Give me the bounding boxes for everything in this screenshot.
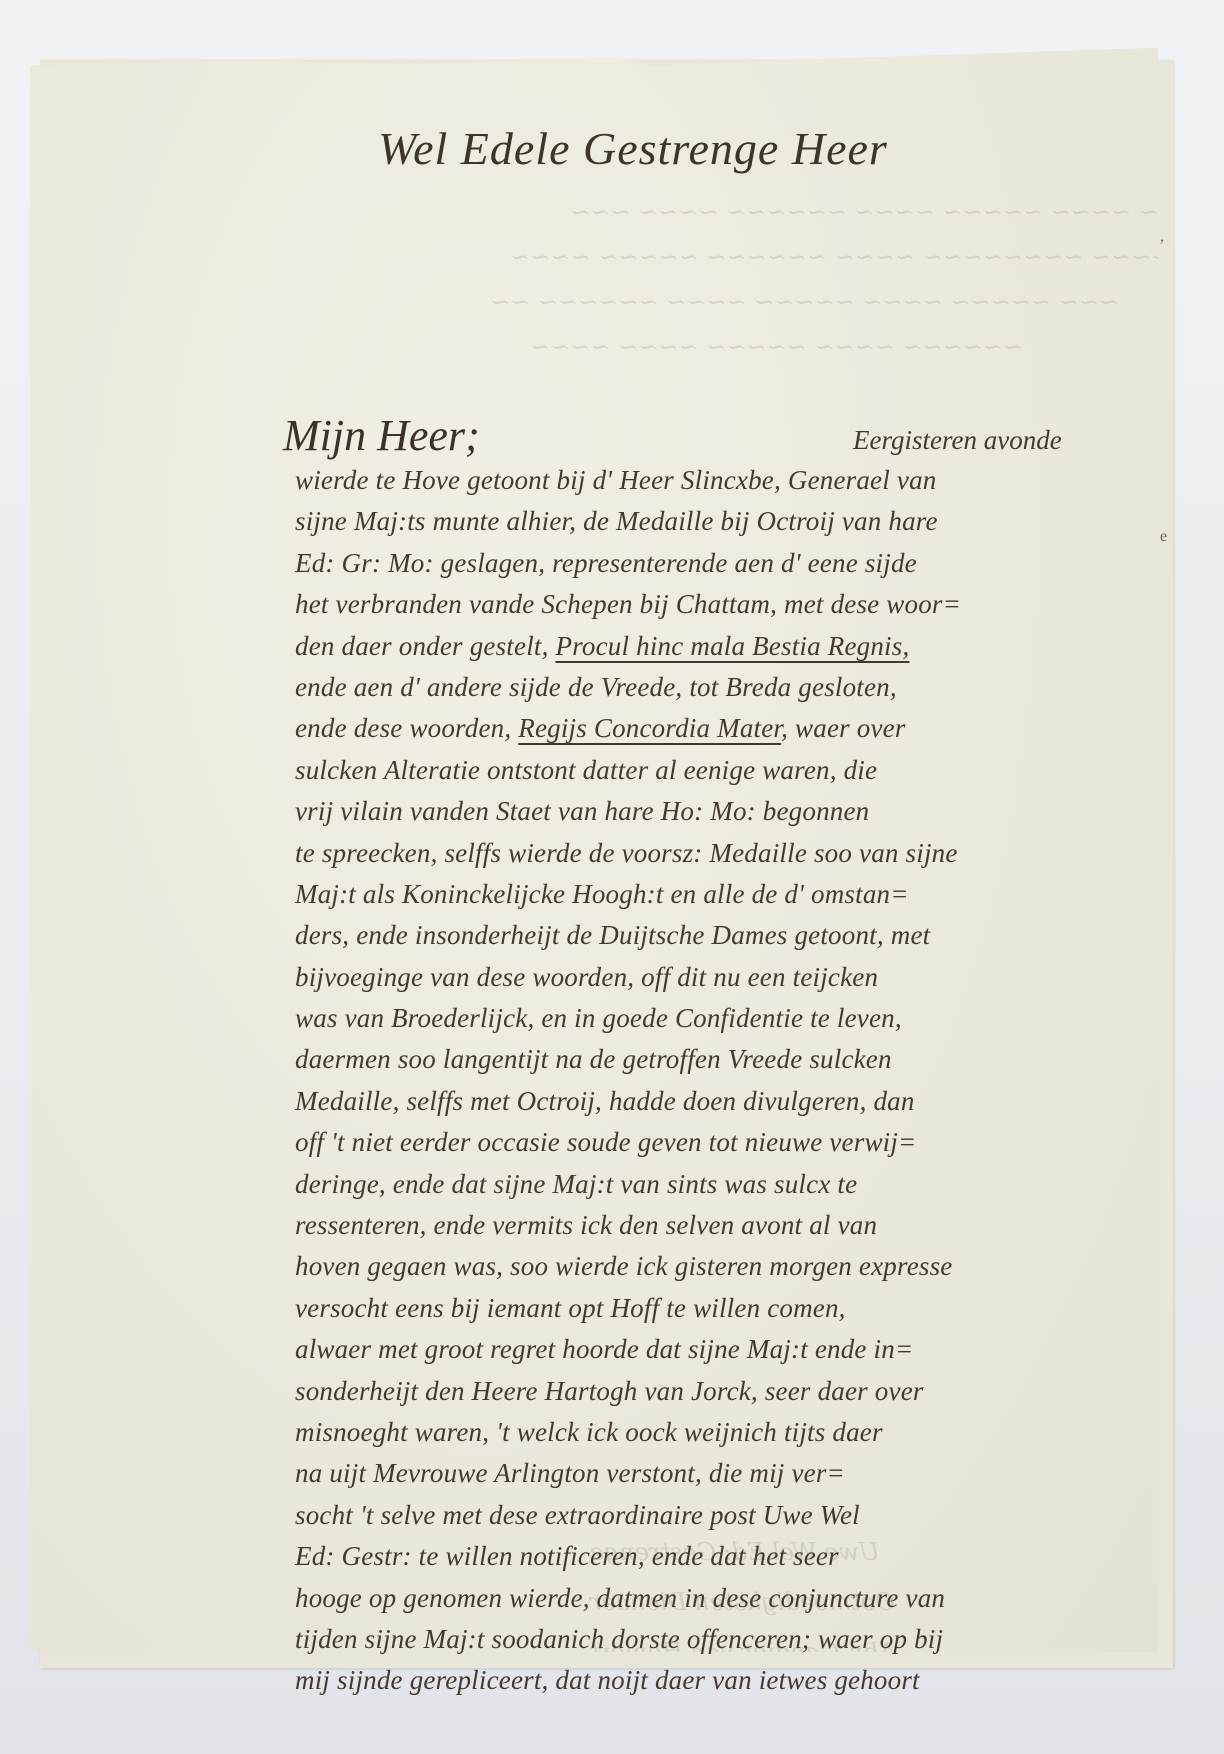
letter-opening-words: Eergisteren avonde	[853, 425, 1062, 456]
letter-line: den daer onder gestelt, Procul hinc mala…	[295, 626, 1175, 667]
letter-line: alwaer met groot regret hoorde dat sijne…	[295, 1329, 1175, 1370]
letter-line: off 't niet eerder occasie soude geven t…	[295, 1122, 1175, 1163]
letter-line: hooge op genomen wierde, datmen in dese …	[295, 1578, 1175, 1619]
letter-line: vrij vilain vanden Staet van hare Ho: Mo…	[295, 791, 1175, 832]
letter-line: Ed: Gestr: te willen notificeren, ende d…	[295, 1536, 1175, 1577]
letter-line: sulcken Alteratie ontstont datter al een…	[295, 750, 1175, 791]
letter-line: was van Broederlijck, en in goede Confid…	[295, 998, 1175, 1039]
letter-body: wierde te Hove getoont bij d' Heer Slinc…	[295, 460, 1175, 1702]
letter-line: het verbranden vande Schepen bij Chattam…	[295, 584, 1175, 625]
letter-line: sijne Maj:ts munte alhier, de Medaille b…	[295, 501, 1175, 542]
letter-line: versocht eens bij iemant opt Hoff te wil…	[295, 1288, 1175, 1329]
letter-line: wierde te Hove getoont bij d' Heer Slinc…	[295, 460, 1175, 501]
letter-address: Mijn Heer;	[283, 410, 480, 461]
bleed-through-text: ~~~ ~~~~~ ~~~~ ~~~~~ ~~~~ ~~~~~~ ~~	[490, 288, 1119, 316]
letter-line: Ed: Gr: Mo: geslagen, representerende ae…	[295, 543, 1175, 584]
letter-line: tijden sijne Maj:t soodanich dorste offe…	[295, 1619, 1175, 1660]
letter-line: ende aen d' andere sijde de Vreede, tot …	[295, 667, 1175, 708]
letter-line: mij sijnde gerepliceert, dat noijt daer …	[295, 1660, 1175, 1701]
letter-line: Maj:t als Koninckelijcke Hoogh:t en alle…	[295, 874, 1175, 915]
letter-line: bijvoeginge van dese woorden, off dit nu…	[295, 957, 1175, 998]
letter-line: ressenteren, ende vermits ick den selven…	[295, 1205, 1175, 1246]
letter-line: na uijt Mevrouwe Arlington verstont, die…	[295, 1453, 1175, 1494]
letter-line: ders, ende insonderheijt de Duijtsche Da…	[295, 915, 1175, 956]
underlined-motto: Regijs Concordia Mater	[518, 713, 781, 743]
letter-line: deringe, ende dat sijne Maj:t van sints …	[295, 1164, 1175, 1205]
letter-text: ende dese woorden,	[295, 713, 518, 743]
margin-mark: ,	[1160, 228, 1164, 246]
letter-text: den daer onder gestelt,	[295, 631, 556, 661]
letter-text: , waer over	[781, 713, 905, 743]
letter-line: misnoeght waren, 't welck ick oock weijn…	[295, 1412, 1175, 1453]
bleed-through-text: ~~~~ ~~~~~~~~ ~~~~ ~~~~~~ ~~~~~ ~~~~	[510, 243, 1172, 271]
letter-line: socht 't selve met dese extraordinaire p…	[295, 1495, 1175, 1536]
underlined-motto: Procul hinc mala Bestia Regnis,	[556, 631, 910, 661]
letter-heading: Wel Edele Gestrenge Heer	[378, 122, 888, 175]
letter-line: Medaille, selffs met Octroij, hadde doen…	[295, 1081, 1175, 1122]
margin-mark: e	[1160, 528, 1167, 546]
letter-line: hoven gegaen was, soo wierde ick gistere…	[295, 1246, 1175, 1287]
letter-line: daermen soo langentijt na de getroffen V…	[295, 1039, 1175, 1080]
letter-line: sonderheijt den Heere Hartogh van Jorck,…	[295, 1371, 1175, 1412]
letter-line: te spreecken, selffs wierde de voorsz: M…	[295, 833, 1175, 874]
bleed-through-text: ~~~~~~ ~~~~ ~~~~~ ~~~~ ~~~~	[530, 333, 1023, 361]
letter-line: ende dese woorden, Regijs Concordia Mate…	[295, 708, 1175, 749]
bleed-through-text: ~~~ ~~~~ ~~~~~ ~~~~ ~~~~~~ ~~~~ ~~~	[570, 198, 1199, 226]
